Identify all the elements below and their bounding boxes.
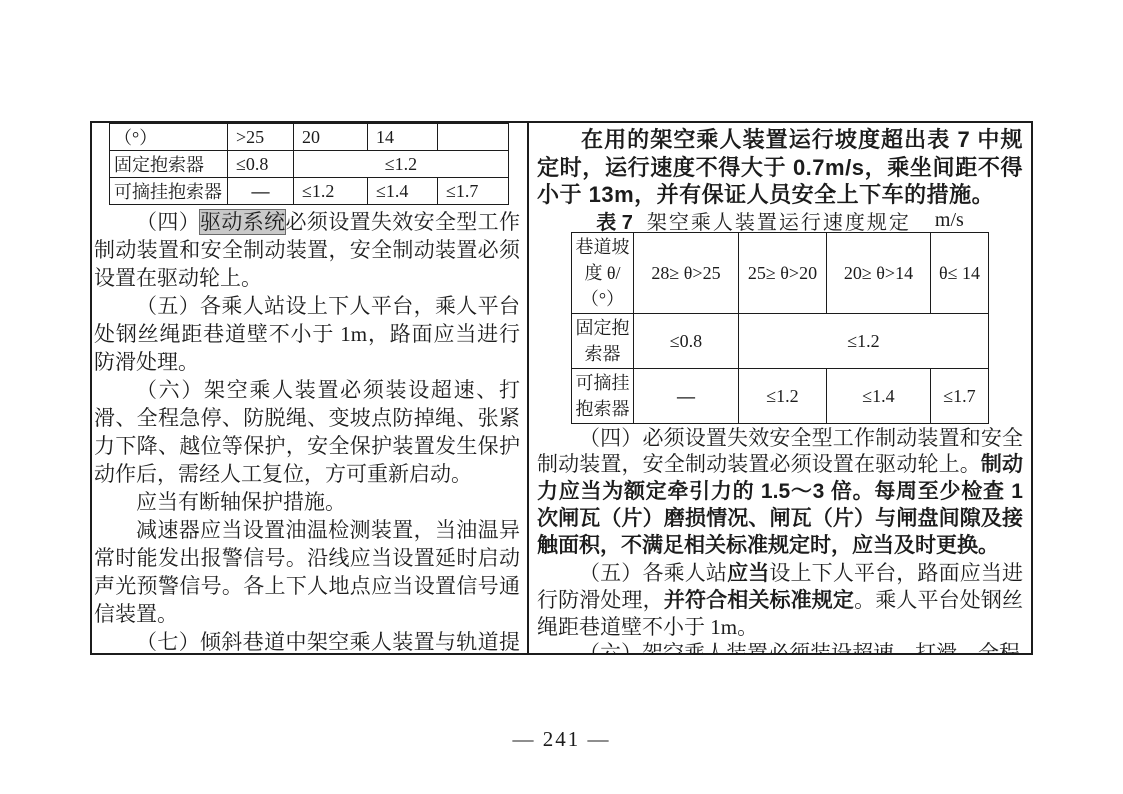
- intro-paragraph-bold: 在用的架空乘人装置运行坡度超出表 7 中规定时，运行速度不得大于 0.7m/s，…: [537, 126, 1023, 209]
- table-cell-span: ≤1.2: [739, 313, 989, 368]
- table7-caption-unit: m/s: [935, 209, 964, 232]
- table-cell: 20: [294, 124, 368, 151]
- page-number: — 241 —: [0, 727, 1123, 752]
- paragraph-run: （五）各乘人站: [579, 561, 727, 585]
- table-cell-fixed-grip: 固定抱索器: [572, 313, 634, 368]
- table-cell: ≤1.7: [438, 178, 509, 205]
- paragraph-run-bold: 并符合相关标准规定: [664, 589, 854, 612]
- paragraph-run: （四）: [136, 210, 200, 234]
- table-cell-fixed-grip: 固定抱索器: [110, 151, 228, 178]
- table7-caption-title: 架空乘人装置运行速度规定: [647, 206, 911, 235]
- table-row: 固定抱索器 ≤0.8 ≤1.2: [110, 151, 509, 178]
- table-cell: ≤1.2: [739, 368, 827, 423]
- table-cell: ≤1.4: [827, 368, 931, 423]
- paragraph-item6: （六）架空乘人装置必须装设超速、打滑、全程急停、防脱绳、变坡点防掉绳、张紧力下降…: [94, 376, 520, 488]
- table-cell: 25≥ θ>20: [739, 232, 827, 313]
- left-continuation-table: （°） >25 20 14 固定抱索器 ≤0.8 ≤1.2 可摘挂抱索器 — ≤…: [109, 123, 509, 205]
- table-cell-detachable-grip: 可摘挂抱索器: [110, 178, 228, 205]
- paragraph-item5: （五）各乘人站应当设上下人平台，路面应当进行防滑处理，并符合相关标准规定。乘人平…: [537, 560, 1023, 641]
- table-cell: ≤0.8: [228, 151, 294, 178]
- table-row: 可摘挂抱索器 — ≤1.2 ≤1.4 ≤1.7: [572, 368, 989, 423]
- left-column-old-text: （°） >25 20 14 固定抱索器 ≤0.8 ≤1.2 可摘挂抱索器 — ≤…: [92, 123, 529, 653]
- table-cell-slope-header: 巷道坡度 θ/（°）: [572, 232, 634, 313]
- table-cell-detachable-grip: 可摘挂抱索器: [572, 368, 634, 423]
- table-cell-empty: [438, 124, 509, 151]
- table-row: 可摘挂抱索器 — ≤1.2 ≤1.4 ≤1.7: [110, 178, 509, 205]
- table-cell: θ≤ 14: [931, 232, 989, 313]
- table-cell: 28≥ θ>25: [634, 232, 739, 313]
- table-cell-slope-unit: （°）: [110, 124, 228, 151]
- paragraph-item4: （四）必须设置失效安全型工作制动装置和安全制动装置，安全制动装置必须设置在驱动轮…: [537, 425, 1023, 560]
- right-body-text: （四）必须设置失效安全型工作制动装置和安全制动装置，安全制动装置必须设置在驱动轮…: [537, 425, 1023, 654]
- table7-caption: 表 7 架空乘人装置运行速度规定 m/s: [537, 209, 1023, 232]
- paragraph-item7: （七）倾斜巷道中架空乘人装置与轨道提升系统同巷布置时，必须设置电气闭锁，2 种: [94, 628, 520, 653]
- table7-caption-label: 表 7: [596, 206, 633, 235]
- paragraph-item6: （六）架空乘人装置必须装设超速、打滑、全程: [537, 640, 1023, 653]
- table-cell: 14: [368, 124, 438, 151]
- paragraph-reducer: 减速器应当设置油温检测装置，当油温异常时能发出报警信号。沿线应当设置延时启动声光…: [94, 516, 520, 628]
- highlighted-text-drive-system: 驱动系统: [200, 210, 285, 234]
- paragraph-shaft-protection: 应当有断轴保护措施。: [94, 488, 520, 516]
- table-cell-dash: —: [228, 178, 294, 205]
- table-cell-span: ≤1.2: [294, 151, 509, 178]
- table7-speed-regulation: 巷道坡度 θ/（°） 28≥ θ>25 25≥ θ>20 20≥ θ>14 θ≤…: [571, 232, 989, 424]
- paragraph-run-bold: 应当: [727, 562, 769, 585]
- paragraph-run: （四）必须设置失效安全型工作制动装置和安全制动装置，安全制动装置必须设置在驱动轮…: [537, 426, 1023, 476]
- paragraph-item4: （四）驱动系统必须设置失效安全型工作制动装置和安全制动装置，安全制动装置必须设置…: [94, 208, 520, 292]
- table-cell-dash: —: [634, 368, 739, 423]
- table-row: 固定抱索器 ≤0.8 ≤1.2: [572, 313, 989, 368]
- left-body-text: （四）驱动系统必须设置失效安全型工作制动装置和安全制动装置，安全制动装置必须设置…: [92, 205, 527, 653]
- table-cell: >25: [228, 124, 294, 151]
- comparison-frame: （°） >25 20 14 固定抱索器 ≤0.8 ≤1.2 可摘挂抱索器 — ≤…: [90, 121, 1033, 655]
- right-column-new-text: 在用的架空乘人装置运行坡度超出表 7 中规定时，运行速度不得大于 0.7m/s，…: [529, 123, 1031, 653]
- table-cell: ≤0.8: [634, 313, 739, 368]
- table-row-header: 巷道坡度 θ/（°） 28≥ θ>25 25≥ θ>20 20≥ θ>14 θ≤…: [572, 232, 989, 313]
- table-cell: 20≥ θ>14: [827, 232, 931, 313]
- table-cell: ≤1.7: [931, 368, 989, 423]
- paragraph-item5: （五）各乘人站设上下人平台，乘人平台处钢丝绳距巷道壁不小于 1m，路面应当进行防…: [94, 292, 520, 376]
- table-cell: ≤1.4: [368, 178, 438, 205]
- table-row: （°） >25 20 14: [110, 124, 509, 151]
- table-cell: ≤1.2: [294, 178, 368, 205]
